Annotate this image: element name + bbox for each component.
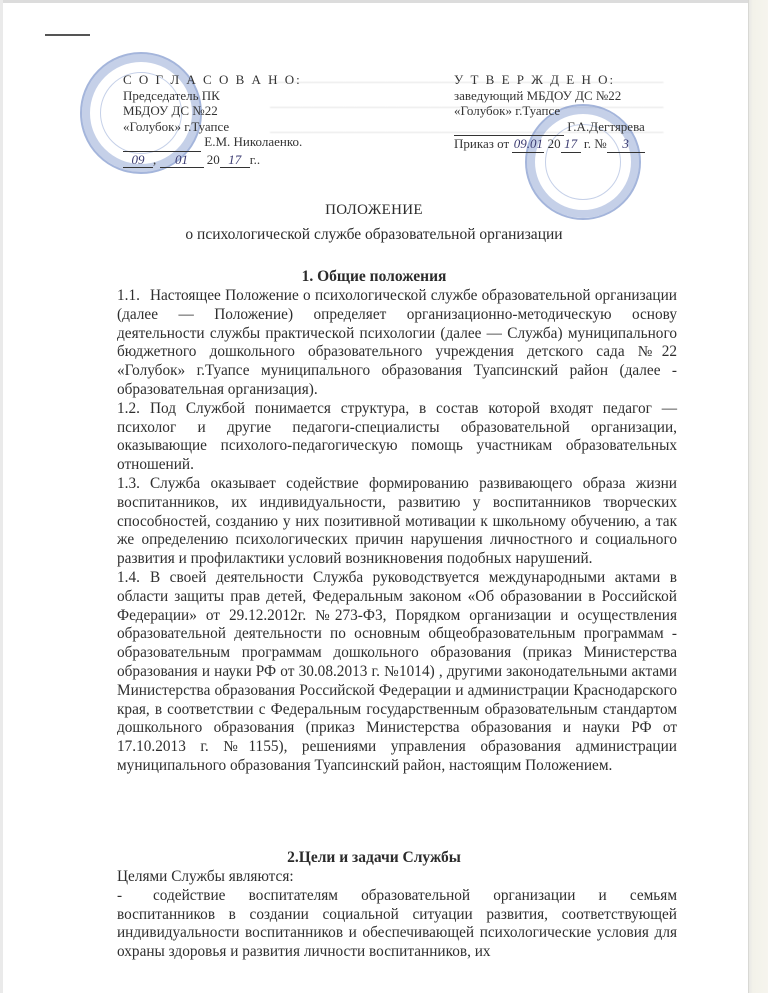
paragraph-1-1: 1.1.Настоящее Положение о психологическо… (117, 287, 677, 400)
approved-order-year-suffix: 17 (561, 136, 581, 153)
agreed-org-line1: МБДОУ ДС №22 (123, 103, 302, 119)
approved-order-number: 3 (607, 136, 645, 153)
agreed-date-year-prefix: 20 (207, 152, 220, 167)
approved-order-number-label: г. № (584, 136, 607, 151)
approved-order-label: Приказ от (454, 136, 509, 151)
document-page: ───────────────────────────────────── ──… (0, 0, 748, 993)
paragraph-number: 1.3. (117, 475, 140, 492)
approved-order-line: Приказ от 09.01 2017 г. №3 (454, 136, 645, 153)
goal-item-1: -содействие воспитателям образовательной… (117, 887, 677, 962)
goal-text: содействие воспитателям образовательной … (117, 887, 677, 960)
agreed-date-line: 09, 01 2017г.. (123, 152, 302, 169)
paragraph-number: 1.4. (117, 569, 140, 586)
agreed-date-end: г.. (250, 152, 260, 167)
agreed-date-month: 01 (160, 152, 204, 169)
scan-right-edge (748, 0, 768, 993)
agreed-org-line2: «Голубок» г.Туапсе (123, 119, 302, 135)
document-title: ПОЛОЖЕНИЕ (0, 202, 748, 219)
document-subtitle: о психологической службе образовательной… (0, 226, 748, 244)
approved-order-date: 09.01 (512, 136, 544, 153)
paragraph-text: Настоящее Положение о психологической сл… (117, 287, 677, 398)
section-1-heading: 1. Общие положения (0, 268, 748, 286)
agreed-signature-line: Е.М. Николаенко. (123, 134, 302, 152)
paragraph-1-4: 1.4.В своей деятельности Служба руководс… (117, 569, 677, 776)
section-2-body: Целями Службы являются: -содействие восп… (117, 868, 677, 962)
agreed-heading: С О Г Л А С О В А Н О: (123, 72, 302, 88)
paragraph-text: Служба оказывает содействие формированию… (117, 475, 677, 567)
scan-top-edge (0, 0, 748, 3)
agreed-block: С О Г Л А С О В А Н О: Председатель ПК М… (123, 72, 302, 168)
paragraph-number: 1.2. (117, 400, 140, 417)
paragraph-text: Под Службой понимается структура, в сост… (117, 400, 677, 473)
paragraph-text: В своей деятельности Служба руководствуе… (117, 569, 677, 774)
approved-org-line: «Голубок» г.Туапсе (454, 103, 645, 119)
section-2-heading: 2.Цели и задачи Службы (0, 849, 748, 867)
scan-left-edge (0, 0, 3, 993)
list-bullet: - (117, 887, 153, 906)
agreed-date-day: 09 (123, 152, 153, 169)
approved-order-year-prefix: 20 (548, 136, 561, 151)
approved-block: У Т В Е Р Ж Д Е Н О: заведующий МБДОУ ДС… (454, 72, 645, 153)
agreed-role: Председатель ПК (123, 88, 302, 104)
section-1-body: 1.1.Настоящее Положение о психологическо… (117, 287, 677, 776)
approved-signature-line: Г.А.Дегтярева (454, 119, 645, 137)
paragraph-number: 1.1. (117, 287, 140, 304)
approved-signature-name: Г.А.Дегтярева (567, 119, 645, 134)
approved-role: заведующий МБДОУ ДС №22 (454, 88, 645, 104)
scan-corner-mark (45, 34, 90, 36)
agreed-signature (123, 134, 201, 152)
paragraph-1-2: 1.2.Под Службой понимается структура, в … (117, 400, 677, 475)
paragraph-1-3: 1.3.Служба оказывает содействие формиров… (117, 475, 677, 569)
agreed-date-year-suffix: 17 (220, 152, 250, 169)
approved-heading: У Т В Е Р Ж Д Е Н О: (454, 72, 645, 88)
agreed-signature-name: Е.М. Николаенко. (204, 134, 302, 149)
approved-signature (454, 119, 564, 137)
section-2-intro: Целями Службы являются: (117, 868, 677, 887)
